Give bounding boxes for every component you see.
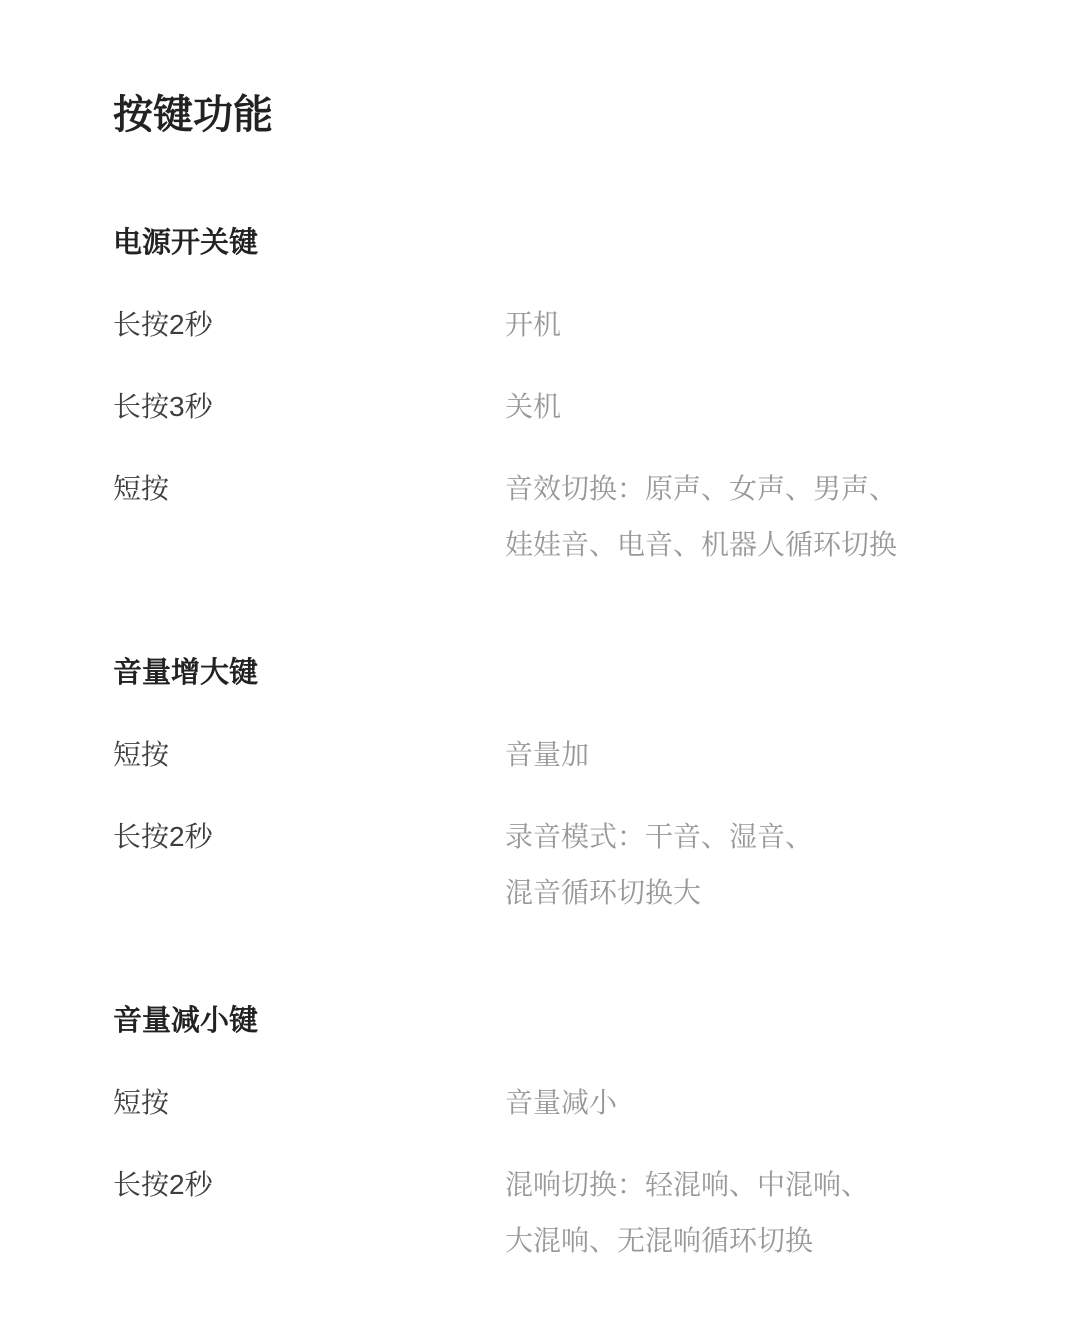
key-action-label: 短按 [113,1075,505,1131]
key-result-text: 音量减小 [505,1075,990,1131]
page-title: 按键功能 [113,87,990,143]
key-result-text: 关机 [505,379,990,435]
section-volume-down-key: 音量减小键 短按 音量减小 长按2秒 混响切换：轻混响、中混响、 大混响、无混响… [113,993,990,1269]
function-row: 长按3秒 关机 [113,379,990,435]
function-row: 短按 音量加 [113,727,990,783]
key-result-text: 录音模式：干音、湿音、 混音循环切换大 [505,809,990,921]
section-volume-up-key: 音量增大键 短按 音量加 长按2秒 录音模式：干音、湿音、 混音循环切换大 [113,645,990,921]
section-heading-volume-up-key: 音量增大键 [113,645,990,701]
section-heading-power-key: 电源开关键 [113,215,990,271]
function-row: 长按2秒 录音模式：干音、湿音、 混音循环切换大 [113,809,990,921]
key-action-label: 长按2秒 [113,1157,505,1213]
function-row: 短按 音效切换：原声、女声、男声、 娃娃音、电音、机器人循环切换 [113,461,990,573]
key-result-text: 混响切换：轻混响、中混响、 大混响、无混响循环切换 [505,1157,990,1269]
function-row: 长按2秒 开机 [113,297,990,353]
key-action-label: 短按 [113,461,505,517]
key-result-text: 音效切换：原声、女声、男声、 娃娃音、电音、机器人循环切换 [505,461,990,573]
section-heading-volume-down-key: 音量减小键 [113,993,990,1049]
key-result-text: 音量加 [505,727,990,783]
key-result-text: 开机 [505,297,990,353]
section-power-key: 电源开关键 长按2秒 开机 长按3秒 关机 短按 音效切换：原声、女声、男声、 … [113,215,990,573]
key-action-label: 短按 [113,727,505,783]
manual-page: 按键功能 电源开关键 长按2秒 开机 长按3秒 关机 短按 音效切换：原声、女声… [0,0,1080,1319]
key-action-label: 长按2秒 [113,809,505,865]
function-row: 长按2秒 混响切换：轻混响、中混响、 大混响、无混响循环切换 [113,1157,990,1269]
key-action-label: 长按3秒 [113,379,505,435]
function-row: 短按 音量减小 [113,1075,990,1131]
key-action-label: 长按2秒 [113,297,505,353]
